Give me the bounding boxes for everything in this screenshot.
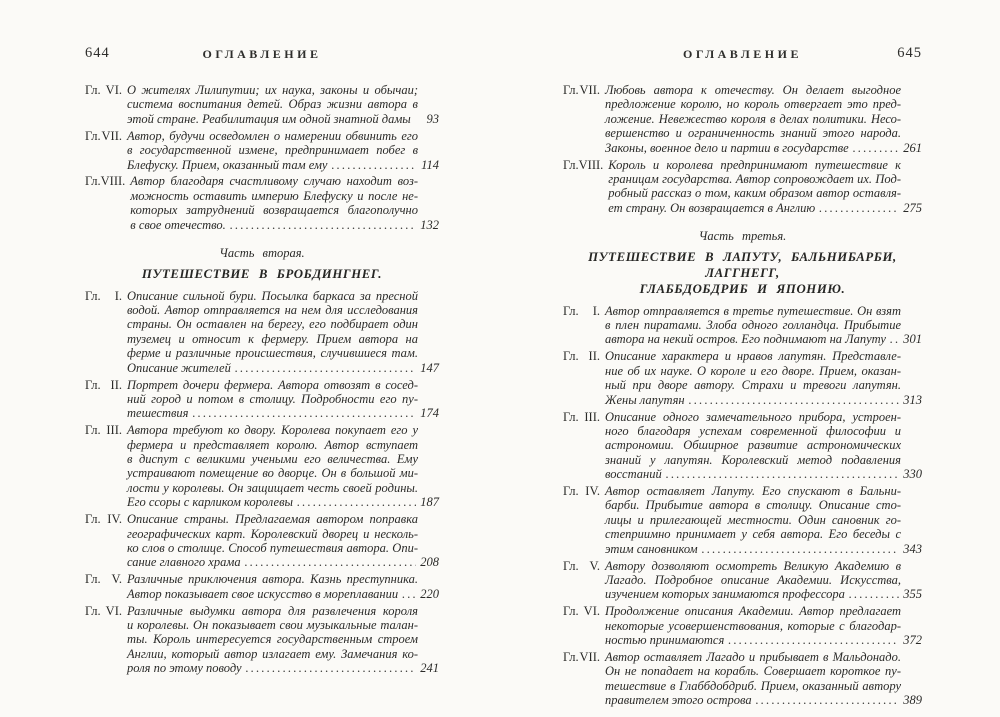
chapter-numeral: III. (106, 423, 122, 509)
chapter-label: Гл.VIII. (85, 174, 125, 232)
toc-entry: Гл.VII.Автор, будучи осведомлен о намере… (85, 129, 439, 172)
description-text: ет страну. Он возвращается в Англию (608, 201, 815, 215)
chapter-prefix: Гл. (563, 484, 579, 556)
description-text: тешествия (127, 406, 188, 420)
dot-leader (331, 158, 416, 172)
toc-entry: Гл.VIII.Король и королева предпринимают … (563, 158, 922, 216)
chapter-label: Гл.IV. (85, 512, 122, 570)
chapter-label: Гл.II. (563, 349, 600, 407)
entry-description: Автор оставляет Лапуту. Его спускают в Б… (605, 484, 922, 556)
description-line: Различные приключения автора. Казнь прес… (127, 572, 439, 586)
chapter-prefix: Гл. (563, 83, 579, 155)
entry-page-number: 114 (418, 158, 439, 172)
description-text: Автор показывает свое искусство в морепл… (127, 587, 398, 601)
chapter-numeral: III. (584, 410, 600, 482)
chapter-label: Гл.VIII. (563, 158, 603, 216)
dot-leader (819, 201, 899, 215)
chapter-numeral: I. (115, 289, 122, 375)
part-title-line: ПУТЕШЕСТВИЕ В БРОБДИНГНЕГ. (85, 266, 439, 282)
description-line: Автор оставляет Лапуту. Его спускают в Б… (605, 484, 922, 498)
toc-content-left: Гл.VI.О жителях Лилипутии; их наука, зак… (85, 83, 439, 676)
description-line: в плен пиратами. Злоба одного голландца.… (605, 318, 922, 332)
description-text: Законы, военное дело и партии в государс… (605, 141, 849, 155)
chapter-prefix: Гл. (85, 423, 101, 509)
description-text: этим сановником (605, 542, 698, 556)
description-line: Автор, будучи осведомлен о намерении обв… (127, 129, 439, 143)
description-line: вершенство и ограниченность знаний этого… (605, 126, 922, 140)
entry-page-number: 208 (418, 555, 439, 569)
description-line: Описание характера и нравов лапутян. Пре… (605, 349, 922, 363)
chapter-label: Гл.VII. (563, 650, 600, 708)
entry-page-number: 275 (901, 201, 922, 215)
part-label: Часть вторая. (85, 246, 439, 261)
dot-leader (728, 633, 899, 647)
description-line: Он не попадает на корабль. Совершает кор… (605, 664, 922, 678)
description-text: Описание жителей (127, 361, 231, 375)
description-line: Описание одного замечательного прибора, … (605, 410, 922, 424)
description-last-line: этой стране. Реабилитация им одной знатн… (127, 112, 439, 126)
description-line: Автора требуют ко двору. Королева покупа… (127, 423, 439, 437)
chapter-prefix: Гл. (85, 289, 101, 375)
chapter-prefix: Гл. (85, 512, 101, 570)
chapter-numeral: I. (593, 304, 600, 347)
description-last-line: правителем этого острова389 (605, 693, 922, 707)
description-line: Автор отправляется в третье путешествие.… (605, 304, 922, 318)
dot-leader (230, 218, 416, 232)
description-text: роля по этому поводу (127, 661, 242, 675)
entry-page-number: 147 (418, 361, 439, 375)
chapter-label: Гл.VII. (563, 83, 600, 155)
chapter-numeral: V. (589, 559, 600, 602)
chapter-numeral: VI. (106, 83, 122, 126)
description-line: Продолжение описания Академии. Автор пре… (605, 604, 922, 618)
book-spread: 644 ОГЛАВЛЕНИЕ Гл.VI.О жителях Лилипутии… (0, 0, 1000, 717)
entry-description: Описание характера и нравов лапутян. Пре… (605, 349, 922, 407)
toc-entry: Гл.III.Автора требуют ко двору. Королева… (85, 423, 439, 509)
description-line: географических карт. Королевский дворец … (127, 527, 439, 541)
description-line: Автор благодаря счастливому случаю наход… (130, 174, 439, 188)
description-line: лицы и прилегающей местности. Один санов… (605, 513, 922, 527)
toc-entry: Гл.IV.Описание страны. Предлагаемая авто… (85, 512, 439, 570)
chapter-prefix: Гл. (563, 410, 579, 482)
description-text: Жены лапутян (605, 393, 685, 407)
dot-leader (756, 693, 899, 707)
chapter-label: Гл.I. (563, 304, 600, 347)
chapter-numeral: VIII. (579, 158, 604, 216)
chapter-label: Гл.VI. (563, 604, 600, 647)
description-line: в государственной измене, предпринимает … (127, 143, 439, 157)
entry-page-number: 187 (418, 495, 439, 509)
toc-entry: Гл.VII.Автор оставляет Лагадо и прибывае… (563, 650, 922, 708)
entry-description: Описание страны. Предлагаемая автором по… (127, 512, 439, 570)
entry-description: Различные приключения автора. Казнь прес… (127, 572, 439, 601)
entry-description: Автору дозволяют осмотреть Великую Акаде… (605, 559, 922, 602)
chapter-label: Гл.V. (563, 559, 600, 602)
description-line: Описание страны. Предлагаемая автором по… (127, 512, 439, 526)
toc-entry: Гл.VI.О жителях Лилипутии; их наука, зак… (85, 83, 439, 126)
entry-page-number: 301 (901, 332, 922, 346)
chapter-prefix: Гл. (563, 158, 579, 216)
page-header-right: ОГЛАВЛЕНИЕ 645 (563, 47, 922, 64)
entry-page-number: 330 (901, 467, 922, 481)
entry-description: О жителях Лилипутии; их наука, законы и … (127, 83, 439, 126)
description-line: предложение королю, но король отвергает … (605, 97, 922, 111)
description-line: Различные выдумки автора для развлечения… (127, 604, 439, 618)
toc-entry: Гл.VIII.Автор благодаря счастливому случ… (85, 174, 439, 232)
description-line: О жителях Лилипутии; их наука, законы и … (127, 83, 439, 97)
description-line: страны. Он оставлен на берегу, его подби… (127, 317, 439, 331)
description-line: ного благодаря успехам современной филос… (605, 424, 922, 438)
description-line: робный рассказ о том, каким образом авто… (608, 186, 922, 200)
toc-entry: Гл.VII.Любовь автора к отечеству. Он дел… (563, 83, 922, 155)
description-line: ние об их науке. О короле и его дворе. П… (605, 364, 922, 378)
chapter-label: Гл.IV. (563, 484, 600, 556)
description-last-line: сание главного храма208 (127, 555, 439, 569)
chapter-numeral: II. (589, 349, 600, 407)
chapter-prefix: Гл. (563, 559, 579, 602)
entry-description: Описание одного замечательного прибора, … (605, 410, 922, 482)
description-last-line: Блефуску. Прием, оказанный там ему114 (127, 158, 439, 172)
chapter-numeral: VII. (580, 83, 600, 155)
dot-leader (297, 495, 416, 509)
dot-leader (890, 332, 899, 346)
dot-leader (246, 661, 416, 675)
chapter-label: Гл.III. (85, 423, 122, 509)
description-last-line: Автор показывает свое искусство в морепл… (127, 587, 439, 601)
toc-entry: Гл.V.Различные приключения автора. Казнь… (85, 572, 439, 601)
description-line: в диспут с великими учеными его величест… (127, 452, 439, 466)
description-last-line: ностью принимаются372 (605, 633, 922, 647)
description-line: ко слов о столице. Способ путешествия ав… (127, 541, 439, 555)
chapter-label: Гл.III. (563, 410, 600, 482)
folio-number-left: 644 (85, 45, 110, 62)
toc-entry: Гл.I.Описание сильной бури. Посылка барк… (85, 289, 439, 375)
chapter-numeral: VI. (106, 604, 122, 676)
entry-description: Автор, будучи осведомлен о намерении обв… (127, 129, 439, 172)
chapter-numeral: IV. (107, 512, 122, 570)
part-label: Часть третья. (563, 229, 922, 244)
description-text: Блефуску. Прием, оказанный там ему (127, 158, 327, 172)
page-header-left: 644 ОГЛАВЛЕНИЕ (85, 47, 439, 64)
description-line: некоторые усовершенствования, которые с … (605, 619, 922, 633)
description-last-line: Жены лапутян313 (605, 393, 922, 407)
chapter-label: Гл.VII. (85, 129, 122, 172)
description-line: Лагадо. Подробное описание Академии. Иск… (605, 573, 922, 587)
entry-description: Продолжение описания Академии. Автор пре… (605, 604, 922, 647)
description-line: ты. Король интересуется государственным … (127, 632, 439, 646)
entry-description: Автор отправляется в третье путешествие.… (605, 304, 922, 347)
description-line: знаний у лапутян. Королевский метод пода… (605, 453, 922, 467)
description-last-line: тешествия174 (127, 406, 439, 420)
chapter-numeral: V. (111, 572, 122, 601)
toc-entry: Гл.I.Автор отправляется в третье путешес… (563, 304, 922, 347)
description-line: Автор оставляет Лагадо и прибывает в Мал… (605, 650, 922, 664)
description-line: Любовь автора к отечеству. Он делает выг… (605, 83, 922, 97)
description-line: Король и королева предпринимают путешест… (608, 158, 922, 172)
dot-leader (689, 393, 899, 407)
chapter-label: Гл.I. (85, 289, 122, 375)
toc-page-left: 644 ОГЛАВЛЕНИЕ Гл.VI.О жителях Лилипутии… (0, 0, 500, 717)
dot-leader (245, 555, 416, 569)
dot-leader (849, 587, 899, 601)
entry-page-number: 389 (901, 693, 922, 707)
entry-page-number: 241 (418, 661, 439, 675)
description-line: ложение. Невежество короля в делах полит… (605, 112, 922, 126)
entry-page-number: 372 (901, 633, 922, 647)
dot-leader (235, 361, 416, 375)
chapter-numeral: II. (111, 378, 122, 421)
chapter-prefix: Гл. (563, 349, 579, 407)
entry-page-number: 261 (901, 141, 922, 155)
chapter-label: Гл.VI. (85, 83, 122, 126)
chapter-prefix: Гл. (85, 129, 101, 172)
toc-entry: Гл.IV.Автор оставляет Лапуту. Его спуска… (563, 484, 922, 556)
description-last-line: роля по этому поводу241 (127, 661, 439, 675)
entry-page-number: 93 (418, 112, 439, 126)
description-text: ностью принимаются (605, 633, 724, 647)
entry-description: Король и королева предпринимают путешест… (608, 158, 922, 216)
dot-leader (702, 542, 899, 556)
description-line: которых затруднений возвращается благопо… (130, 203, 439, 217)
description-line: система воспитания детей. Образ жизни ав… (127, 97, 439, 111)
entry-page-number: 132 (418, 218, 439, 232)
chapter-prefix: Гл. (563, 604, 579, 647)
chapter-prefix: Гл. (85, 83, 101, 126)
description-line: водой. Автор отправляется на нем для исс… (127, 303, 439, 317)
description-last-line: Его ссоры с карликом королевы187 (127, 495, 439, 509)
description-text: изучением которых занимаются профессора (605, 587, 845, 601)
part-title-line: ГЛАББДОБДРИБ И ЯПОНИЮ. (563, 281, 922, 297)
chapter-numeral: VI. (584, 604, 600, 647)
chapter-prefix: Гл. (563, 650, 579, 708)
entry-description: Портрет дочери фермера. Автора отвозят в… (127, 378, 439, 421)
description-line: ный при дворе автору. Страхи и тревоги л… (605, 378, 922, 392)
dot-leader (402, 587, 416, 601)
toc-entry: Гл.V.Автору дозволяют осмотреть Великую … (563, 559, 922, 602)
running-head-right: ОГЛАВЛЕНИЕ (563, 47, 922, 62)
entry-description: Автор оставляет Лагадо и прибывает в Мал… (605, 650, 922, 708)
description-line: барби. Прибытие автора в столицу. Описан… (605, 498, 922, 512)
chapter-prefix: Гл. (563, 304, 579, 347)
toc-entry: Гл.III.Описание одного замечательного пр… (563, 410, 922, 482)
description-last-line: автора на некий остров. Его поднимают на… (605, 332, 922, 346)
description-text: восстаний (605, 467, 662, 481)
chapter-numeral: VII. (580, 650, 600, 708)
part-heading: Часть вторая.ПУТЕШЕСТВИЕ В БРОБДИНГНЕГ. (85, 246, 439, 282)
description-line: Автору дозволяют осмотреть Великую Акаде… (605, 559, 922, 573)
description-text: в свое отечество. (130, 218, 226, 232)
description-last-line: Описание жителей147 (127, 361, 439, 375)
description-text: Его ссоры с карликом королевы (127, 495, 293, 509)
entry-page-number: 174 (418, 406, 439, 420)
folio-number-right: 645 (897, 45, 922, 62)
description-line: и королевы. Он показывает свои музыкальн… (127, 618, 439, 632)
description-text: правителем этого острова (605, 693, 752, 707)
description-last-line: в свое отечество.132 (130, 218, 439, 232)
chapter-numeral: VIII. (101, 174, 126, 232)
chapter-prefix: Гл. (85, 174, 101, 232)
part-title-line: ПУТЕШЕСТВИЕ В ЛАПУТУ, БАЛЬНИБАРБИ, ЛАГГН… (563, 249, 922, 281)
description-line: можность оставить империю Блефуску и пос… (130, 189, 439, 203)
description-line: Портрет дочери фермера. Автора отвозят в… (127, 378, 439, 392)
part-heading: Часть третья.ПУТЕШЕСТВИЕ В ЛАПУТУ, БАЛЬН… (563, 229, 922, 297)
description-line: фермера и представляет королю. Автор вст… (127, 438, 439, 452)
description-line: устраивают помещение во дворце. Он в бол… (127, 466, 439, 480)
description-last-line: этим сановником343 (605, 542, 922, 556)
entry-description: Автор благодаря счастливому случаю наход… (130, 174, 439, 232)
toc-content-right: Гл.VII.Любовь автора к отечеству. Он дел… (563, 83, 922, 708)
chapter-prefix: Гл. (85, 604, 101, 676)
description-line: астрономии. Обширное развитие астрономич… (605, 438, 922, 452)
description-line: тешествие в Глаббдобдриб. Прием, оказанн… (605, 679, 922, 693)
entry-page-number: 313 (901, 393, 922, 407)
chapter-label: Гл.II. (85, 378, 122, 421)
chapter-label: Гл.VI. (85, 604, 122, 676)
chapter-numeral: VII. (102, 129, 122, 172)
description-line: границам государства. Автор сопровождает… (608, 172, 922, 186)
description-last-line: восстаний330 (605, 467, 922, 481)
entry-description: Автора требуют ко двору. Королева покупа… (127, 423, 439, 509)
description-line: ний город и потом в столицу. Подробности… (127, 392, 439, 406)
description-line: Англии, который автор излагает ему. Заме… (127, 647, 439, 661)
description-line: туземец и относит к фермеру. Прием автор… (127, 332, 439, 346)
entry-description: Различные выдумки автора для развлечения… (127, 604, 439, 676)
entry-page-number: 220 (418, 587, 439, 601)
dot-leader (853, 141, 899, 155)
toc-entry: Гл.II.Описание характера и нравов лапутя… (563, 349, 922, 407)
description-last-line: изучением которых занимаются профессора3… (605, 587, 922, 601)
running-head-left: ОГЛАВЛЕНИЕ (85, 47, 439, 62)
dot-leader (666, 467, 899, 481)
chapter-numeral: IV. (585, 484, 600, 556)
entry-page-number: 343 (901, 542, 922, 556)
entry-page-number: 355 (901, 587, 922, 601)
entry-description: Любовь автора к отечеству. Он делает выг… (605, 83, 922, 155)
description-line: лости у королевы. Он защищает честь свое… (127, 481, 439, 495)
dot-leader (192, 406, 416, 420)
description-text: сание главного храма (127, 555, 241, 569)
description-line: ферме и различные происшествия, случивши… (127, 346, 439, 360)
chapter-prefix: Гл. (85, 378, 101, 421)
toc-entry: Гл.VI.Различные выдумки автора для развл… (85, 604, 439, 676)
description-last-line: ет страну. Он возвращается в Англию275 (608, 201, 922, 215)
chapter-prefix: Гл. (85, 572, 101, 601)
description-line: Описание сильной бури. Посылка баркаса з… (127, 289, 439, 303)
description-line: степриимно принимает у себя автора. Его … (605, 527, 922, 541)
description-last-line: Законы, военное дело и партии в государс… (605, 141, 922, 155)
toc-entry: Гл.VI.Продолжение описания Академии. Авт… (563, 604, 922, 647)
description-text: автора на некий остров. Его поднимают на… (605, 332, 886, 346)
description-text: этой стране. Реабилитация им одной знатн… (127, 112, 411, 126)
chapter-label: Гл.V. (85, 572, 122, 601)
toc-page-right: ОГЛАВЛЕНИЕ 645 Гл.VII.Любовь автора к от… (500, 0, 1000, 717)
entry-description: Описание сильной бури. Посылка баркаса з… (127, 289, 439, 375)
toc-entry: Гл.II.Портрет дочери фермера. Автора отв… (85, 378, 439, 421)
